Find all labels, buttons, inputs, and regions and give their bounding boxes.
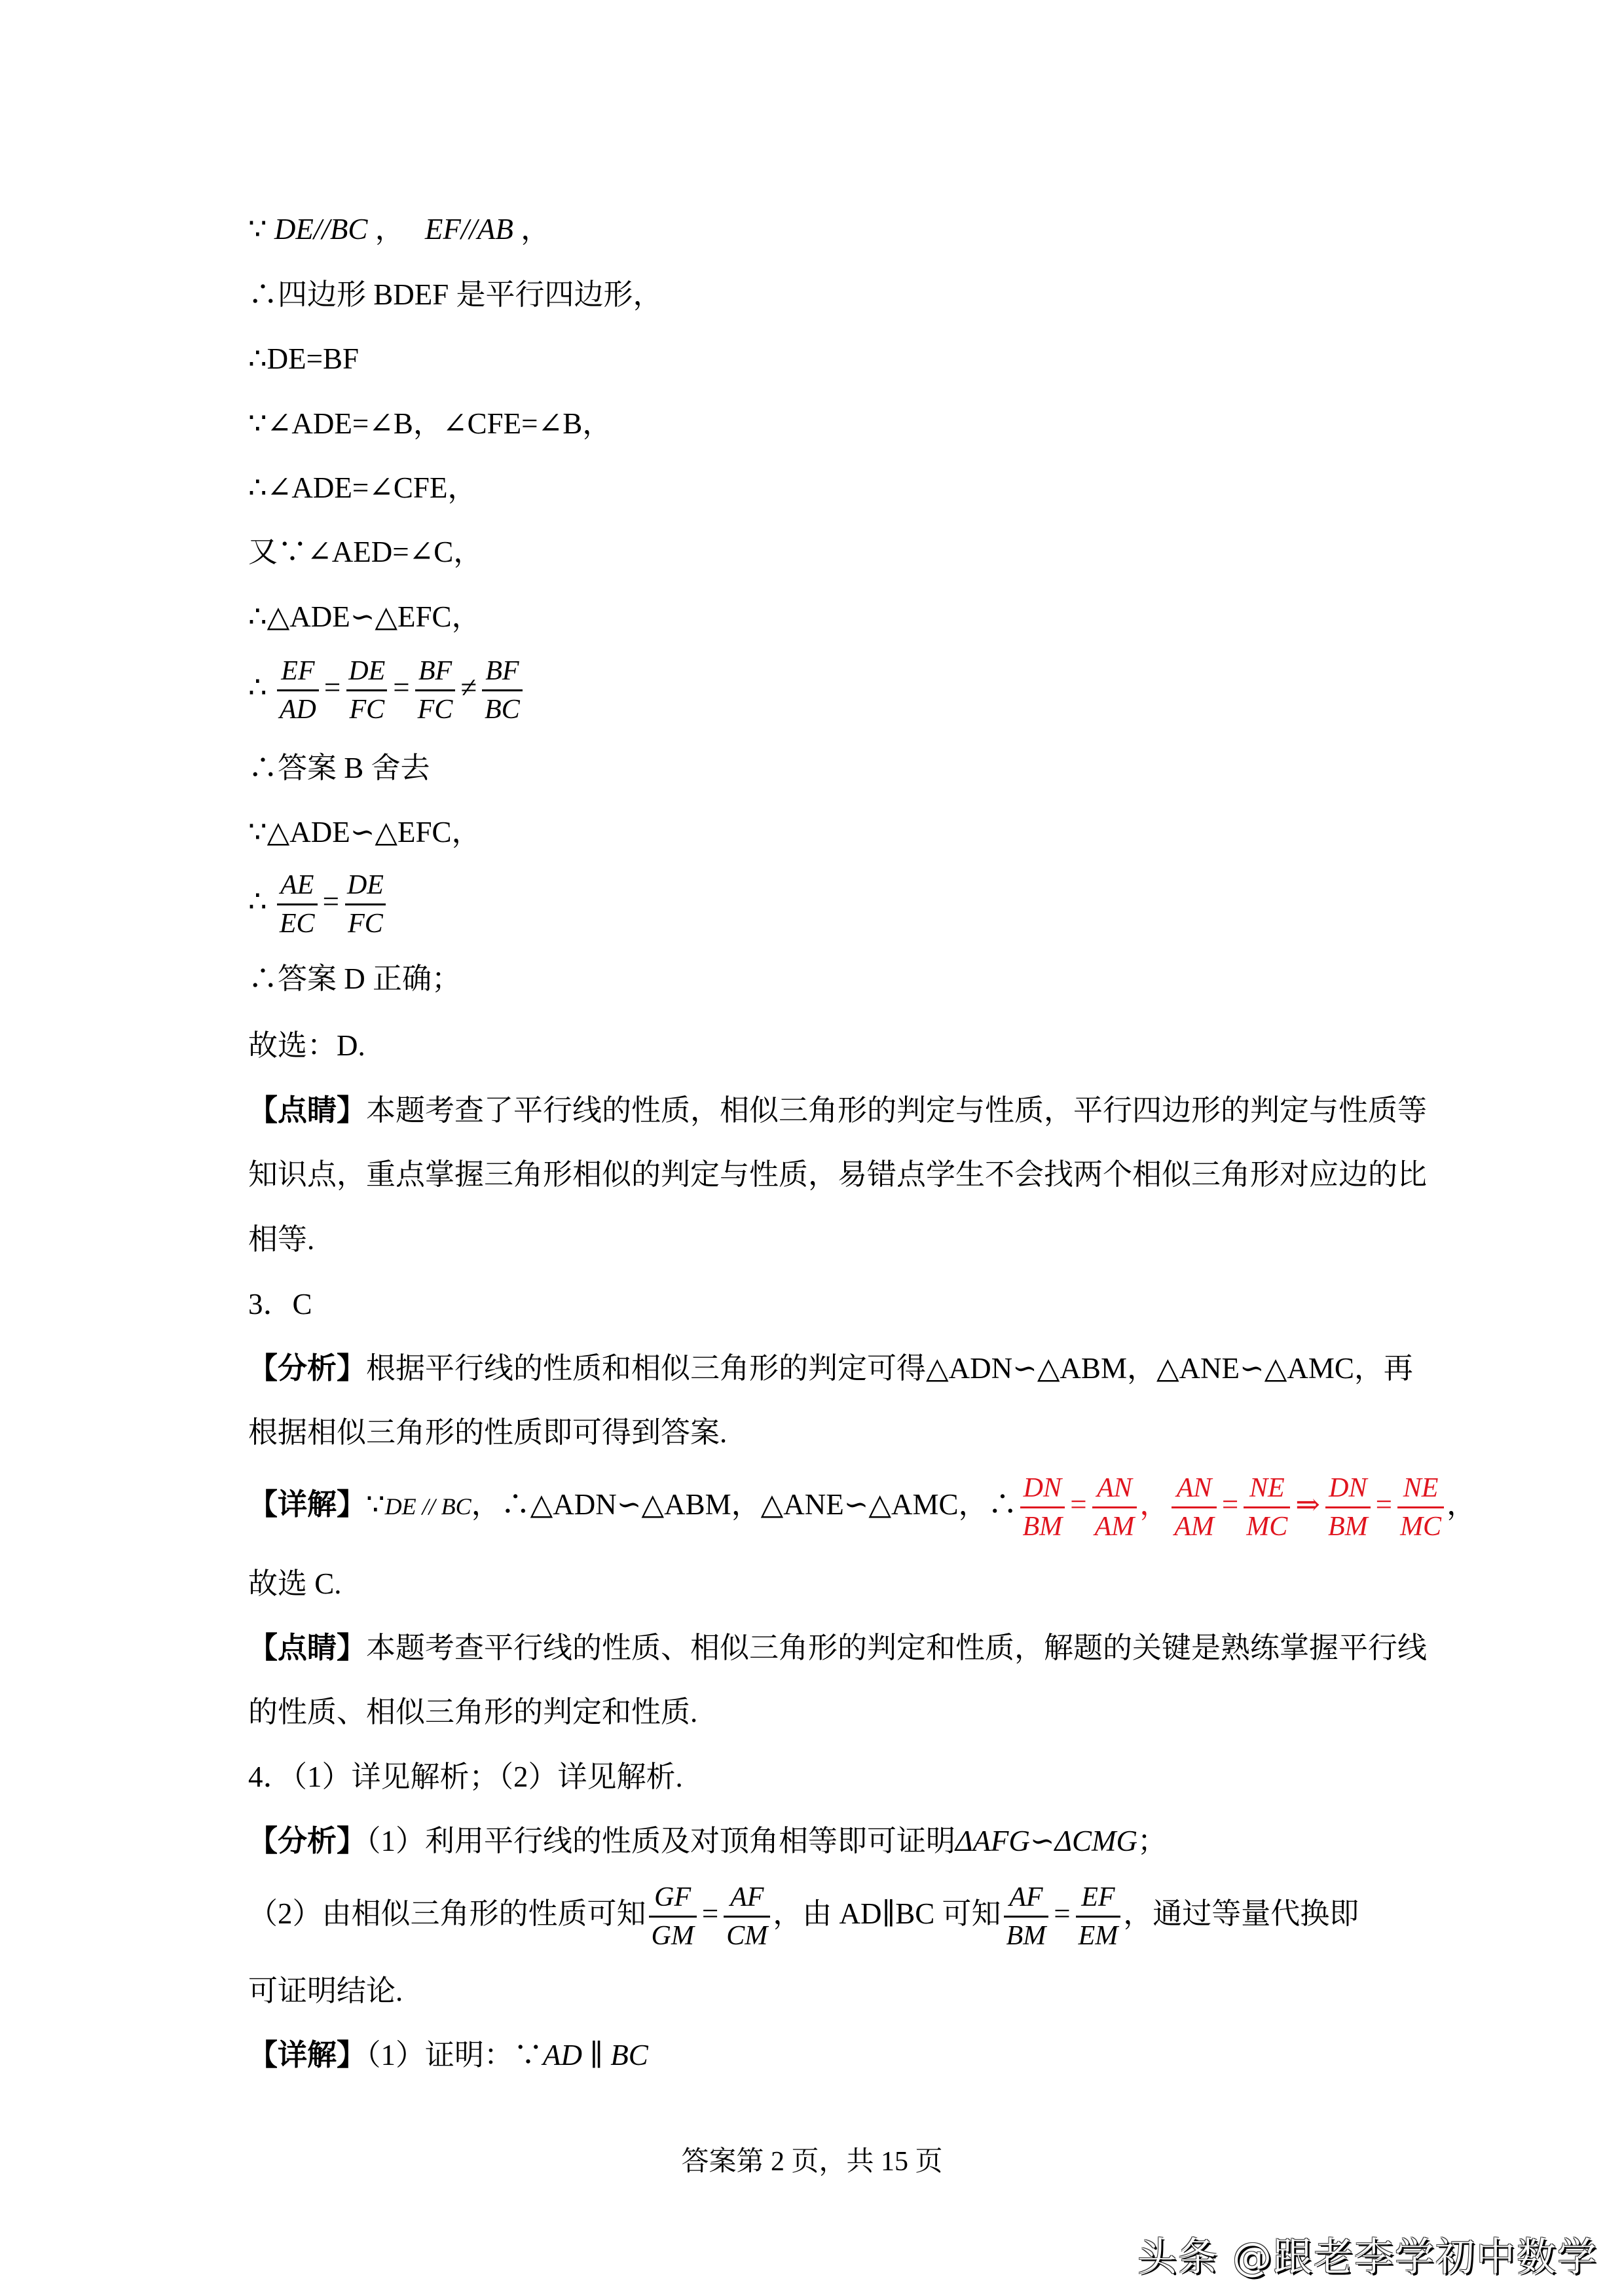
text-line: ∴答案 B 舍去: [248, 748, 430, 788]
denominator: BC: [482, 689, 523, 727]
denominator: CM: [724, 1916, 770, 1953]
numerator: AF: [728, 1880, 766, 1916]
numerator: AF: [1006, 1880, 1045, 1916]
detail-line: 【详解】（1）证明：∵AD ∥ BC: [248, 2035, 648, 2075]
detail-text: ，∴△ADN∽△ABM，△ANE∽△AMC，∴: [471, 1488, 1018, 1521]
fraction: DEFC: [346, 654, 388, 727]
numerator: DN: [1326, 1471, 1369, 1506]
numerator: DE: [344, 868, 386, 903]
operator: =: [1376, 1488, 1392, 1521]
comment-text: 本题考查了平行线的性质，相似三角形的判定与性质，平行四边形的判定与性质等: [366, 1094, 1427, 1127]
text-line: 根据相似三角形的性质即可得到答案.: [248, 1413, 727, 1452]
denominator: BM: [1325, 1506, 1371, 1544]
therefore-symbol: ∴: [248, 671, 267, 704]
text-line: 知识点，重点掌握三角形相似的判定与性质，易错点学生不会找两个相似三角形对应边的比: [248, 1155, 1427, 1194]
fraction: BFFC: [415, 654, 456, 727]
fraction: EFEM: [1076, 1880, 1121, 1953]
fraction: NEMC: [1397, 1471, 1444, 1544]
text-line: 又∵∠AED=∠C，: [248, 532, 483, 572]
denominator: FC: [346, 689, 387, 727]
text-line: ∴∠ADE=∠CFE，: [248, 468, 477, 507]
because-symbol: ∵: [366, 1488, 385, 1521]
math-expression: DE // BC: [385, 1493, 471, 1520]
section-tag: 【分析】: [248, 1825, 366, 1857]
denominator: AM: [1172, 1506, 1217, 1544]
detail-text: （1）证明：∵: [366, 2039, 543, 2071]
denominator: GM: [649, 1916, 697, 1953]
fraction: AFBM: [1004, 1880, 1049, 1953]
fraction-chain-line: ∴ EFAD=DEFC=BFFC≠BFBC: [248, 651, 525, 727]
comment-line: 【点睛】本题考查平行线的性质、相似三角形的判定和性质，解题的关键是熟练掌握平行线: [248, 1628, 1427, 1667]
text-line: 故选 C.: [248, 1564, 342, 1603]
denominator: EC: [277, 903, 318, 941]
text-line: 相等.: [248, 1220, 314, 1259]
numerator: NE: [1247, 1471, 1287, 1506]
denominator: FC: [345, 903, 386, 941]
answer-header: 4．（1）详见解析；（2）详见解析.: [248, 1757, 683, 1796]
numerator: DE: [346, 654, 388, 689]
text-line: 故选：D.: [248, 1026, 365, 1065]
text-line: ∴DE=BF: [248, 339, 359, 378]
denominator: BM: [1004, 1916, 1049, 1953]
denominator: EM: [1076, 1916, 1121, 1953]
fraction-equation-line: ∴ AEEC=DEFC: [248, 866, 389, 941]
operator: =: [324, 671, 341, 704]
fraction: AEEC: [277, 868, 318, 941]
math-expression: ΔAFG∽ΔCMG: [955, 1825, 1137, 1857]
therefore-symbol: ∴: [248, 885, 267, 918]
text-line: ∵△ADE∽△EFC，: [248, 812, 481, 852]
numerator: AN: [1174, 1471, 1215, 1506]
text-line: ∴△ADE∽△EFC，: [248, 597, 481, 636]
section-tag: 【分析】: [248, 1352, 366, 1385]
analysis-text: ，由 AD∥BC 可知: [773, 1897, 1001, 1930]
analysis-text: （1）利用平行线的性质及对顶角相等即可证明: [366, 1825, 955, 1857]
denominator: AD: [277, 689, 319, 727]
fraction: ANAM: [1092, 1471, 1137, 1544]
separator: ，: [375, 213, 405, 246]
numerator: BF: [483, 654, 521, 689]
analysis-text: 根据平行线的性质和相似三角形的判定可得△ADN∽△ABM，△ANE∽△AMC，再: [366, 1352, 1413, 1385]
denominator: FC: [415, 689, 456, 727]
section-tag: 【点睛】: [248, 1631, 366, 1664]
answer-header: 3．C: [248, 1285, 312, 1324]
math-expression: DE//BC: [274, 213, 368, 246]
analysis-text: （2）由相似三角形的性质可知: [248, 1897, 646, 1930]
math-expression: EF//AB: [425, 213, 513, 246]
analysis-line: 【分析】（1）利用平行线的性质及对顶角相等即可证明ΔAFG∽ΔCMG；: [248, 1821, 1167, 1861]
comment-text: 本题考查平行线的性质、相似三角形的判定和性质，解题的关键是熟练掌握平行线: [366, 1631, 1427, 1664]
section-tag: 【详解】: [248, 2039, 366, 2071]
comma: ，: [1139, 1488, 1169, 1521]
comment-line: 【点睛】本题考查了平行线的性质，相似三角形的判定与性质，平行四边形的判定与性质等: [248, 1091, 1427, 1130]
numerator: AN: [1094, 1471, 1135, 1506]
numerator: EF: [278, 654, 317, 689]
text-line: 的性质、相似三角形的判定和性质.: [248, 1692, 697, 1732]
fraction: ANAM: [1172, 1471, 1217, 1544]
section-tag: 【详解】: [248, 1488, 366, 1521]
fraction: DNBM: [1020, 1471, 1065, 1544]
punctuation: ，: [521, 213, 550, 246]
text-line: ∴答案 D 正确；: [248, 959, 461, 998]
fraction: GFGM: [649, 1880, 697, 1953]
detail-line: 【详解】∵DE // BC，∴△ADN∽△ABM，△ANE∽△AMC，∴DNBM…: [248, 1468, 1476, 1544]
operator: =: [1070, 1488, 1086, 1521]
section-tag: 【点睛】: [248, 1094, 366, 1127]
equals-operator: =: [702, 1897, 718, 1930]
fraction: DNBM: [1325, 1471, 1371, 1544]
operator: =: [323, 885, 339, 918]
numerator: AE: [278, 868, 316, 903]
analysis-text: ，通过等量代换即: [1123, 1897, 1359, 1930]
numerator: BF: [416, 654, 454, 689]
numerator: NE: [1401, 1471, 1441, 1506]
denominator: AM: [1092, 1506, 1137, 1544]
fraction: NEMC: [1244, 1471, 1290, 1544]
numerator: DN: [1021, 1471, 1064, 1506]
math-expression: AD ∥ BC: [543, 2039, 648, 2071]
analysis-line: 【分析】根据平行线的性质和相似三角形的判定可得△ADN∽△ABM，△ANE∽△A…: [248, 1349, 1413, 1388]
numerator: GF: [652, 1880, 693, 1916]
page-footer: 答案第 2 页，共 15 页: [0, 2140, 1624, 2179]
numerator: EF: [1079, 1880, 1117, 1916]
denominator: MC: [1244, 1506, 1290, 1544]
operator: ≠: [460, 671, 477, 704]
fraction: AFCM: [724, 1880, 770, 1953]
fraction: EFAD: [277, 654, 319, 727]
because-symbol: ∵: [248, 213, 267, 246]
punctuation: ；: [1137, 1825, 1167, 1857]
punctuation: ，: [1447, 1488, 1476, 1521]
denominator: MC: [1397, 1506, 1444, 1544]
equals-operator: =: [1054, 1897, 1070, 1930]
denominator: BM: [1020, 1506, 1065, 1544]
line-parallel-premise: ∵ DE//BC ， EF//AB ，: [248, 210, 550, 249]
red-fraction-chain: DNBM=ANAM，ANAM=NEMC⇒DNBM=NEMC: [1018, 1488, 1447, 1521]
fraction: BFBC: [482, 654, 523, 727]
watermark: 头条 @跟老李学初中数学: [1137, 2226, 1598, 2282]
fraction: DEFC: [344, 868, 386, 941]
text-line: ∵∠ADE=∠B，∠CFE=∠B，: [248, 404, 612, 443]
operator: =: [393, 671, 409, 704]
text-line: ∴四边形 BDEF 是平行四边形，: [248, 275, 663, 314]
implies-arrow: ⇒: [1295, 1488, 1320, 1521]
text-line: 可证明结论.: [248, 1971, 403, 2011]
operator: =: [1222, 1488, 1238, 1521]
analysis-fraction-line: （2）由相似三角形的性质可知GFGM=AFCM，由 AD∥BC 可知AFBM=E…: [248, 1878, 1359, 1953]
